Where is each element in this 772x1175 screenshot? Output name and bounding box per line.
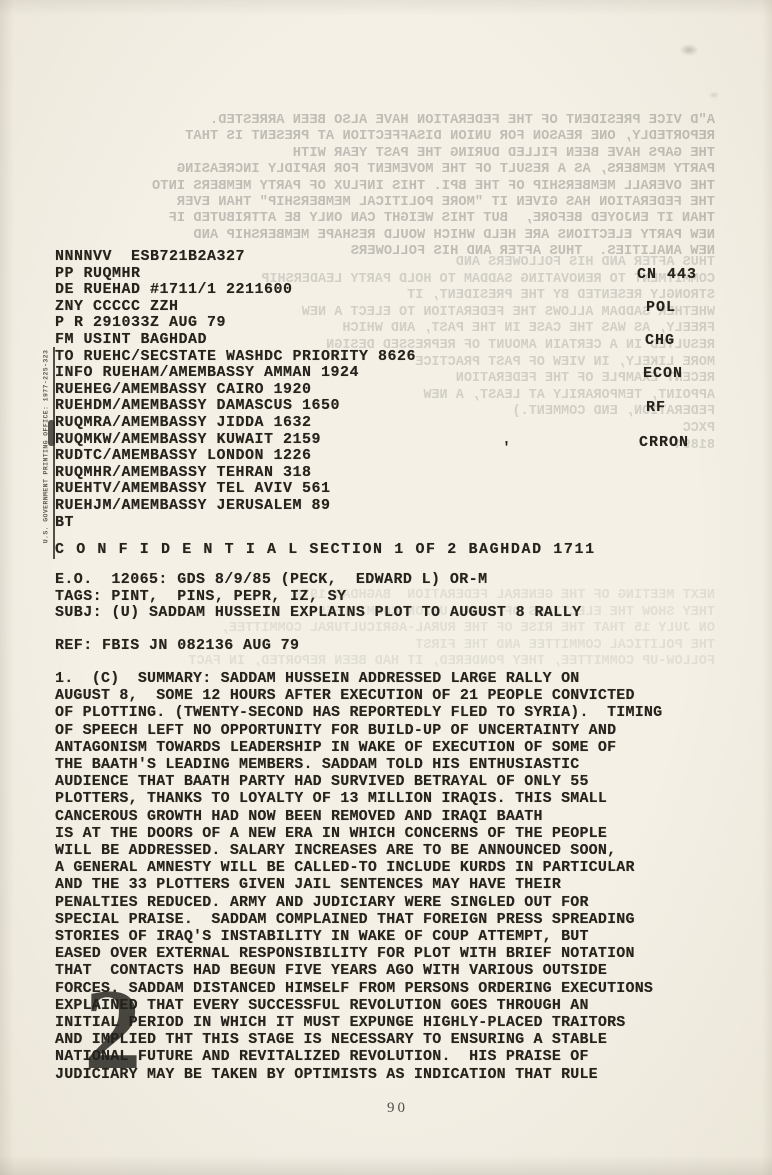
margin-code-pol: POL xyxy=(646,299,676,316)
reference-line: REF: FBIS JN 082136 AUG 79 xyxy=(55,637,299,654)
margin-code-cn: CN 443 xyxy=(637,266,697,283)
tags-line: TAGS: PINT, PINS, PEPR, IZ, SY xyxy=(55,588,346,605)
eo-line: E.O. 12065: GDS 8/9/85 (PECK, EDWARD L) … xyxy=(55,571,487,588)
stray-ink-mark: ' xyxy=(502,440,511,457)
bleedthrough-text-top: A"D VICE PRESIDENT OF THE FEDERATION HAV… xyxy=(35,113,715,261)
summary-paragraph: 1. (C) SUMMARY: SADDAM HUSSEIN ADDRESSED… xyxy=(55,670,662,1083)
section-number-stamp: 2 xyxy=(84,972,142,1087)
margin-code-chron: CRRON xyxy=(639,434,689,451)
margin-code-chg: CHG xyxy=(645,332,675,349)
routing-header: NNNNVV ESB721B2A327 PP RUQMHR DE RUEHAD … xyxy=(55,249,416,531)
margin-code-econ: ECON xyxy=(643,365,683,382)
subject-line: SUBJ: (U) SADDAM HUSSEIN EXPLAINS PLOT T… xyxy=(55,604,581,621)
admin-block: E.O. 12065: GDS 8/9/85 (PECK, EDWARD L) … xyxy=(55,572,581,622)
classification-line: C O N F I D E N T I A L SECTION 1 OF 2 B… xyxy=(55,541,596,558)
page-number: 90 xyxy=(387,1100,408,1117)
margin-code-rf: RF xyxy=(646,399,666,416)
cable-scan-page: A"D VICE PRESIDENT OF THE FEDERATION HAV… xyxy=(0,0,772,1175)
gpo-imprint: U.S. GOVERNMENT PRINTING OFFICE: 1977-22… xyxy=(43,347,50,547)
